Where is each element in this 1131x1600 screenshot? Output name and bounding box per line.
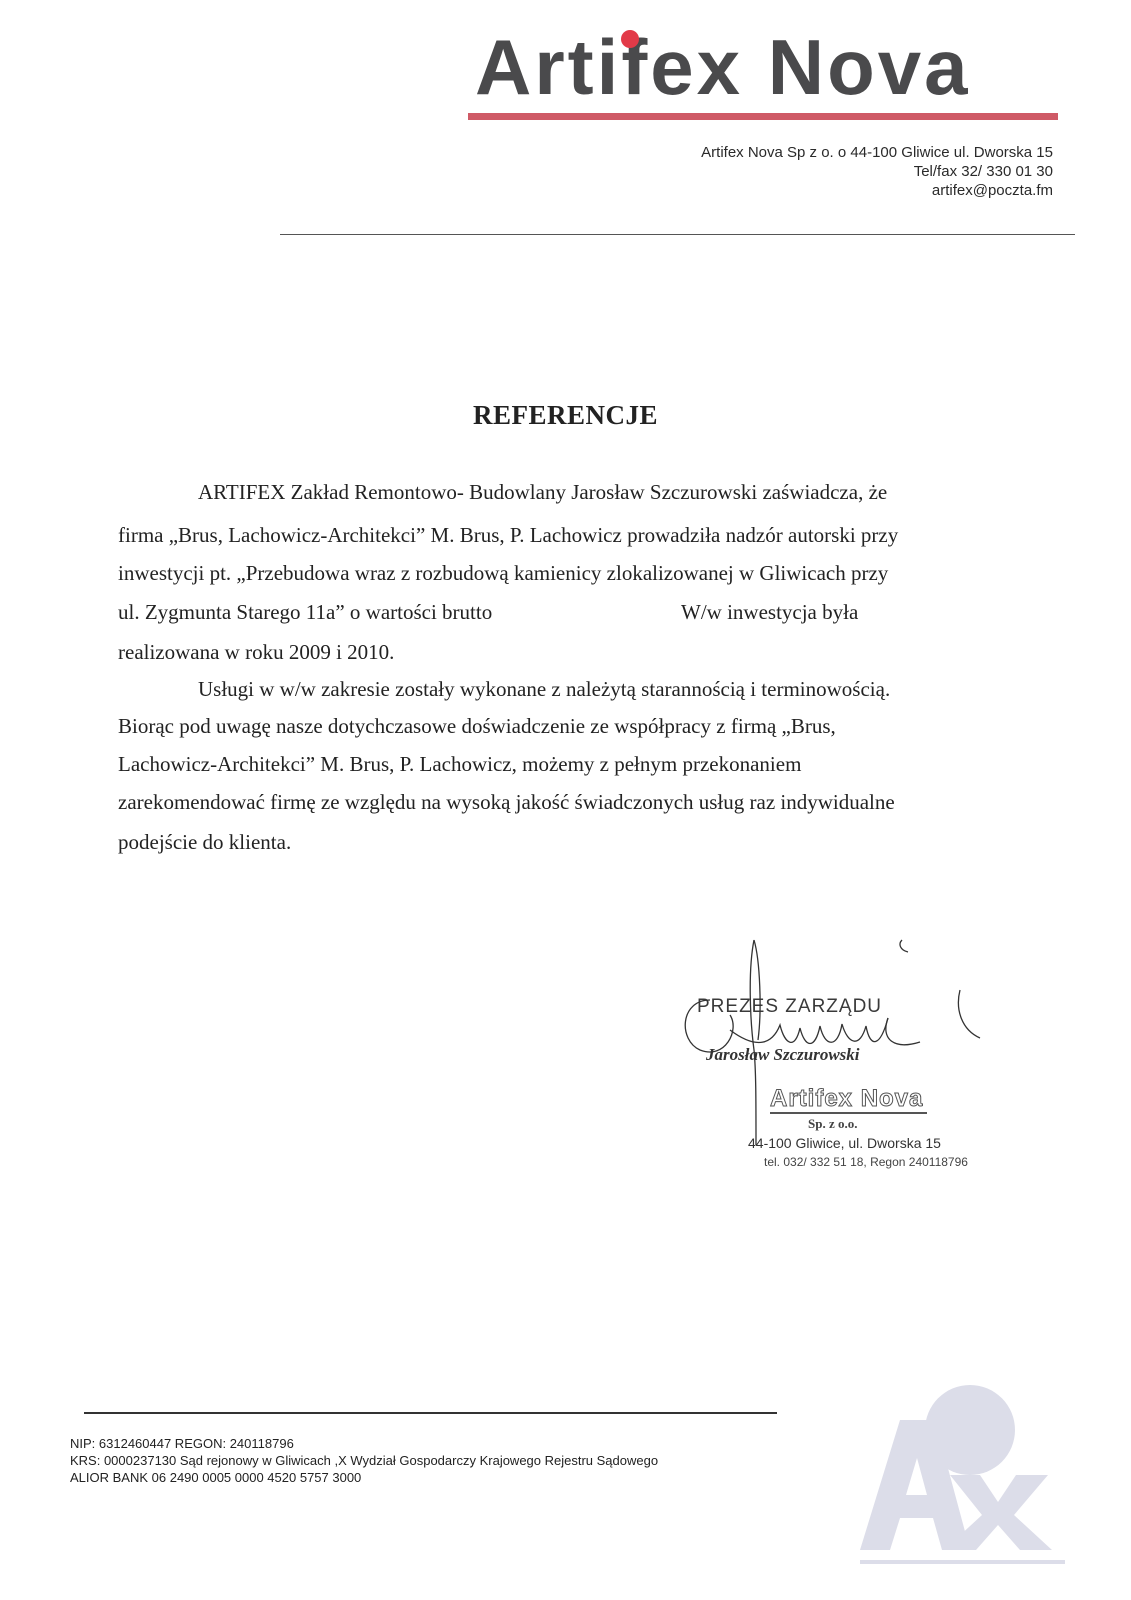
- stamp-address: 44-100 Gliwice, ul. Dworska 15: [748, 1135, 941, 1151]
- header-contact: Artifex Nova Sp z o. o 44-100 Gliwice ul…: [701, 143, 1053, 200]
- company-logo: Artifex Nova: [475, 22, 1055, 112]
- footer-nip-regon: NIP: 6312460447 REGON: 240118796: [70, 1435, 658, 1452]
- stamp-company-logo: Artifex Nova: [770, 1086, 927, 1114]
- body-line: realizowana w roku 2009 i 2010.: [118, 640, 394, 665]
- body-line: ARTIFEX Zakład Remontowo- Budowlany Jaro…: [198, 480, 887, 505]
- body-line: Usługi w w/w zakresie zostały wykonane z…: [198, 677, 890, 702]
- watermark-logo-icon: [830, 1380, 1070, 1570]
- logo-underline-bar: [468, 113, 1058, 120]
- header-email: artifex@poczta.fm: [701, 181, 1053, 200]
- body-line: inwestycji pt. „Przebudowa wraz z rozbud…: [118, 561, 888, 586]
- body-line: W/w inwestycja była: [681, 600, 858, 625]
- stamp-company-form: Sp. z o.o.: [808, 1116, 857, 1132]
- body-line: Biorąc pod uwagę nasze dotychczasowe doś…: [118, 714, 836, 739]
- logo-dot-icon: [621, 30, 639, 48]
- footer-divider: [84, 1412, 777, 1414]
- body-line: ul. Zygmunta Starego 11a” o wartości bru…: [118, 600, 492, 625]
- stamp-title: PREZES ZARZĄDU: [697, 996, 882, 1018]
- logo-text: Artifex Nova: [475, 23, 970, 111]
- body-line: zarekomendować firmę ze względu na wysok…: [118, 790, 895, 815]
- stamp-name: Jarosław Szczurowski: [706, 1045, 860, 1065]
- body-line: Lachowicz-Architekci” M. Brus, P. Lachow…: [118, 752, 801, 777]
- stamp-tel-regon: tel. 032/ 332 51 18, Regon 240118796: [764, 1155, 968, 1169]
- footer-krs: KRS: 0000237130 Sąd rejonowy w Gliwicach…: [70, 1452, 658, 1469]
- footer-bank: ALIOR BANK 06 2490 0005 0000 4520 5757 3…: [70, 1469, 658, 1486]
- header-telfax: Tel/fax 32/ 330 01 30: [701, 162, 1053, 181]
- footer-company-info: NIP: 6312460447 REGON: 240118796 KRS: 00…: [70, 1435, 658, 1486]
- body-line: firma „Brus, Lachowicz-Architekci” M. Br…: [118, 523, 898, 548]
- header-address: Artifex Nova Sp z o. o 44-100 Gliwice ul…: [701, 143, 1053, 162]
- body-line: podejście do klienta.: [118, 830, 291, 855]
- header-divider: [280, 234, 1075, 235]
- document-title: REFERENCJE: [0, 400, 1131, 431]
